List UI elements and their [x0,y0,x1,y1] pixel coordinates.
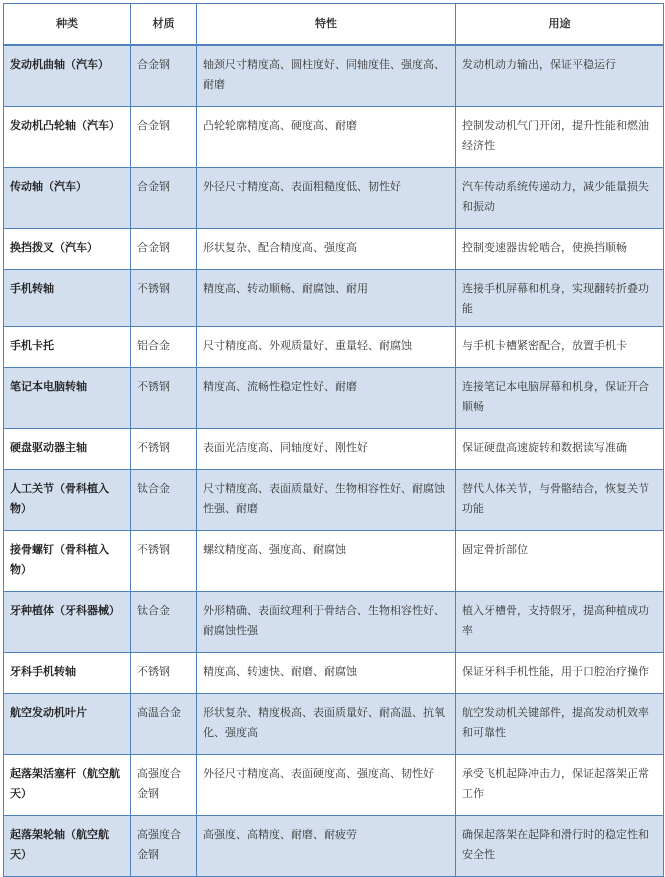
cell-material: 合金钢 [131,229,197,270]
table-row: 手机转轴 不锈钢 精度高、转动顺畅、耐腐蚀、耐用 连接手机屏幕和机身，实现翻转折… [4,270,664,327]
table-row: 牙科手机转轴 不锈钢 精度高、转速快、耐磨、耐腐蚀 保证牙科手机性能，用于口腔治… [4,653,664,694]
header-usage: 用途 [456,4,664,46]
header-material: 材质 [131,4,197,46]
cell-material: 合金钢 [131,107,197,168]
table-row: 笔记本电脑转轴 不锈钢 精度高、流畅性稳定性好、耐磨 连接笔记本电脑屏幕和机身，… [4,368,664,429]
table-row: 起落架活塞杆（航空航天） 高强度合金钢 外径尺寸精度高、表面硬度高、强度高、韧性… [4,755,664,816]
cell-features: 精度高、转动顺畅、耐腐蚀、耐用 [197,270,456,327]
cell-usage: 与手机卡槽紧密配合，放置手机卡 [456,327,664,368]
cell-material: 合金钢 [131,45,197,107]
cell-material: 合金钢 [131,168,197,229]
cell-type: 航空发动机叶片 [4,694,131,755]
cell-material: 钛合金 [131,592,197,653]
cell-type: 接骨螺钉（骨科植入物） [4,531,131,592]
cell-features: 外形精确、表面纹理利于骨结合、生物相容性好、耐腐蚀性强 [197,592,456,653]
cell-features: 精度高、转速快、耐磨、耐腐蚀 [197,653,456,694]
cell-usage: 航空发动机关键部件，提高发动机效率和可靠性 [456,694,664,755]
cell-usage: 控制发动机气门开闭，提升性能和燃油经济性 [456,107,664,168]
parts-table: 种类 材质 特性 用途 发动机曲轴（汽车） 合金钢 轴颈尺寸精度高、圆柱度好、同… [3,3,664,846]
table-row: 接骨螺钉（骨科植入物） 不锈钢 螺纹精度高、强度高、耐腐蚀 固定骨折部位 [4,531,664,592]
table-row: 人工关节（骨科植入物） 钛合金 尺寸精度高、表面质量好、生物相容性好、耐腐蚀性强… [4,470,664,531]
cell-type: 起落架活塞杆（航空航天） [4,755,131,816]
cell-type: 硬盘驱动器主轴 [4,429,131,470]
table-row: 手机卡托 铝合金 尺寸精度高、外观质量好、重量轻、耐腐蚀 与手机卡槽紧密配合，放… [4,327,664,368]
cell-material: 高温合金 [131,694,197,755]
cell-features: 尺寸精度高、外观质量好、重量轻、耐腐蚀 [197,327,456,368]
cell-material: 高强度合金钢 [131,755,197,816]
cell-features: 形状复杂、配合精度高、强度高 [197,229,456,270]
cell-material: 不锈钢 [131,270,197,327]
cell-usage: 植入牙槽骨，支持假牙，提高种植成功率 [456,592,664,653]
table-row: 发动机凸轮轴（汽车） 合金钢 凸轮轮廓精度高、硬度高、耐磨 控制发动机气门开闭，… [4,107,664,168]
cell-features: 高强度、高精度、耐磨、耐疲劳 [197,816,456,847]
cell-type: 传动轴（汽车） [4,168,131,229]
cell-usage: 固定骨折部位 [456,531,664,592]
cell-material: 铝合金 [131,327,197,368]
cell-features: 轴颈尺寸精度高、圆柱度好、同轴度佳、强度高、耐磨 [197,45,456,107]
cell-material: 不锈钢 [131,531,197,592]
table-row: 换挡拨叉（汽车） 合金钢 形状复杂、配合精度高、强度高 控制变速器齿轮啮合，使换… [4,229,664,270]
cell-usage: 保证硬盘高速旋转和数据读写准确 [456,429,664,470]
header-type: 种类 [4,4,131,46]
cell-features: 表面光洁度高、同轴度好、刚性好 [197,429,456,470]
cell-material: 不锈钢 [131,429,197,470]
cell-usage: 确保起落架在起降和滑行时的稳定性和安全性 [456,816,664,847]
table-row: 起落架轮轴（航空航天） 高强度合金钢 高强度、高精度、耐磨、耐疲劳 确保起落架在… [4,816,664,847]
cell-material: 不锈钢 [131,653,197,694]
table-row: 航空发动机叶片 高温合金 形状复杂、精度极高、表面质量好、耐高温、抗氧化、强度高… [4,694,664,755]
table-row: 传动轴（汽车） 合金钢 外径尺寸精度高、表面粗糙度低、韧性好 汽车传动系统传递动… [4,168,664,229]
cell-usage: 替代人体关节，与骨骼结合，恢复关节功能 [456,470,664,531]
cell-type: 起落架轮轴（航空航天） [4,816,131,847]
cell-type: 人工关节（骨科植入物） [4,470,131,531]
cell-usage: 汽车传动系统传递动力，减少能量损失和振动 [456,168,664,229]
cell-features: 螺纹精度高、强度高、耐腐蚀 [197,531,456,592]
cell-type: 笔记本电脑转轴 [4,368,131,429]
cell-material: 高强度合金钢 [131,816,197,847]
table-row: 发动机曲轴（汽车） 合金钢 轴颈尺寸精度高、圆柱度好、同轴度佳、强度高、耐磨 发… [4,45,664,107]
cell-usage: 控制变速器齿轮啮合，使换挡顺畅 [456,229,664,270]
cell-features: 凸轮轮廓精度高、硬度高、耐磨 [197,107,456,168]
cell-type: 换挡拨叉（汽车） [4,229,131,270]
table-row: 牙种植体（牙科器械） 钛合金 外形精确、表面纹理利于骨结合、生物相容性好、耐腐蚀… [4,592,664,653]
cell-usage: 连接手机屏幕和机身，实现翻转折叠功能 [456,270,664,327]
cell-usage: 发动机动力输出，保证平稳运行 [456,45,664,107]
cell-usage: 保证牙科手机性能，用于口腔治疗操作 [456,653,664,694]
table-header-row: 种类 材质 特性 用途 [4,4,664,46]
cell-type: 手机转轴 [4,270,131,327]
cell-usage: 承受飞机起降冲击力，保证起落架正常工作 [456,755,664,816]
cell-type: 发动机凸轮轴（汽车） [4,107,131,168]
cell-features: 外径尺寸精度高、表面硬度高、强度高、韧性好 [197,755,456,816]
cell-type: 手机卡托 [4,327,131,368]
cell-features: 形状复杂、精度极高、表面质量好、耐高温、抗氧化、强度高 [197,694,456,755]
cell-usage: 连接笔记本电脑屏幕和机身，保证开合顺畅 [456,368,664,429]
cell-material: 不锈钢 [131,368,197,429]
cell-type: 牙科手机转轴 [4,653,131,694]
cell-features: 精度高、流畅性稳定性好、耐磨 [197,368,456,429]
cell-features: 尺寸精度高、表面质量好、生物相容性好、耐腐蚀性强、耐磨 [197,470,456,531]
cell-type: 发动机曲轴（汽车） [4,45,131,107]
cell-material: 钛合金 [131,470,197,531]
cell-features: 外径尺寸精度高、表面粗糙度低、韧性好 [197,168,456,229]
cell-type: 牙种植体（牙科器械） [4,592,131,653]
table-row: 硬盘驱动器主轴 不锈钢 表面光洁度高、同轴度好、刚性好 保证硬盘高速旋转和数据读… [4,429,664,470]
header-features: 特性 [197,4,456,46]
